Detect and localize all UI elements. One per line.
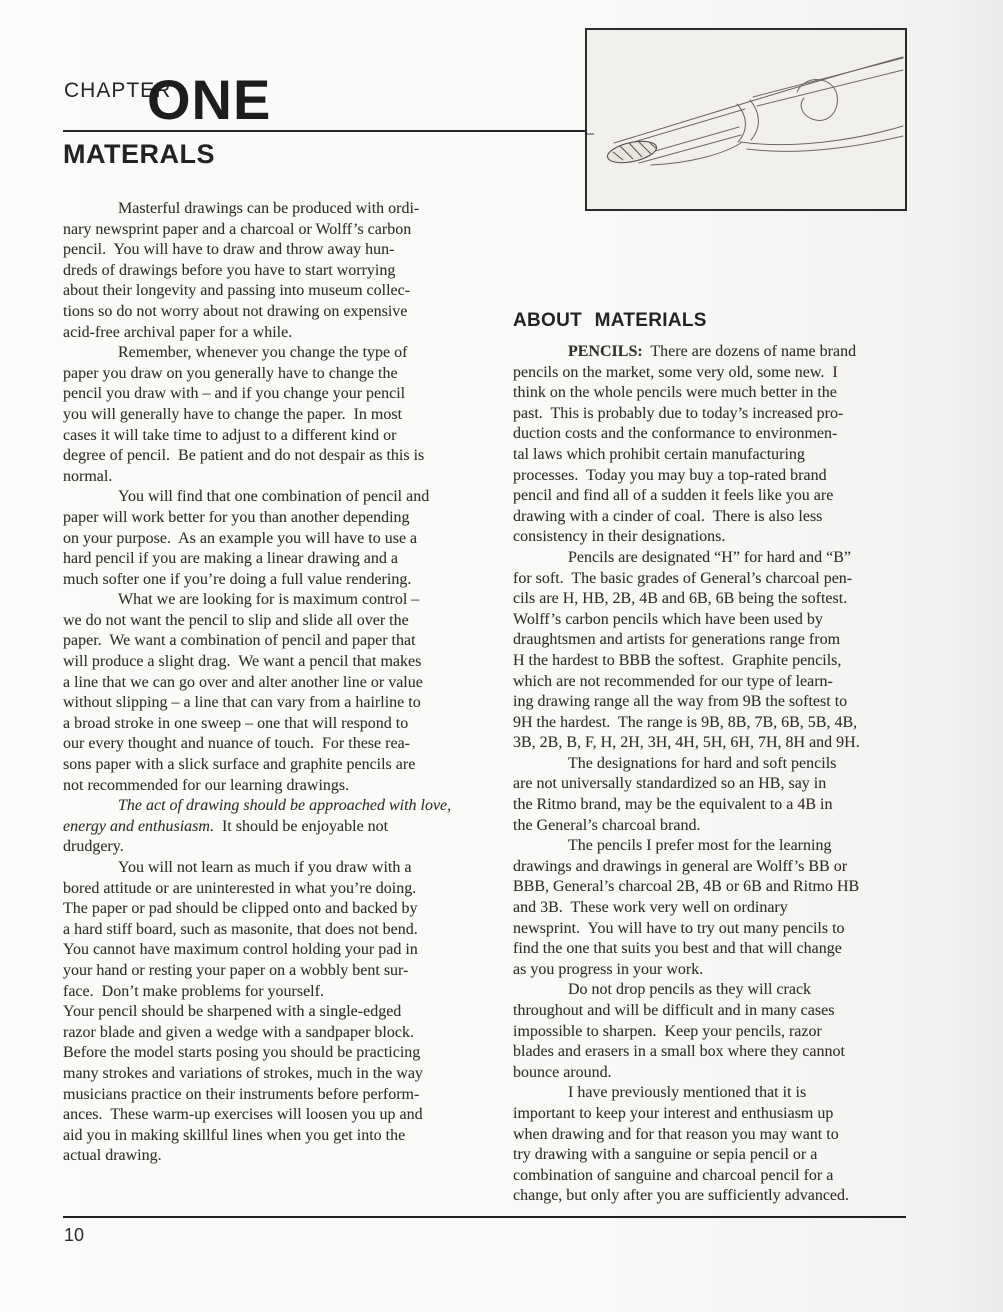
paragraph-pencils: PENCILS: There are dozens of name brand …: [513, 342, 917, 548]
pencils-label: PENCILS:: [568, 343, 643, 360]
pencil-sketch-icon: [587, 30, 905, 209]
paragraph: You will not learn as much if you draw w…: [63, 858, 511, 1002]
left-column: Masterful drawings can be produced with …: [63, 199, 511, 1167]
paragraph: Remember, whenever you change the type o…: [63, 343, 511, 487]
page-number: 10: [64, 1225, 84, 1247]
header-rule: [63, 130, 587, 132]
right-column: PENCILS: There are dozens of name brand …: [513, 342, 917, 1207]
paragraph: I have previously mentioned that it is i…: [513, 1083, 917, 1207]
footer-rule: [63, 1216, 906, 1218]
paragraph: You will find that one combination of pe…: [63, 487, 511, 590]
section-heading: ABOUT MATERIALS: [513, 311, 707, 330]
page-title: MATERALS: [63, 140, 215, 170]
paragraph: Pencils are designated “H” for hard and …: [513, 548, 917, 754]
paragraph-text: There are dozens of name brand pencils o…: [513, 343, 856, 545]
book-page: CHAPTER ONE MATERALS: [0, 0, 1003, 1312]
paragraph-emphasis: The act of drawing should be approached …: [63, 796, 511, 858]
paragraph: Your pencil should be sharpened with a s…: [63, 1002, 511, 1167]
paragraph: The pencils I prefer most for the learni…: [513, 836, 917, 980]
paragraph: The designations for hard and soft penci…: [513, 754, 917, 836]
pencil-figure: [585, 28, 907, 211]
paragraph: What we are looking for is maximum contr…: [63, 590, 511, 796]
paragraph: Do not drop pencils as they will crack t…: [513, 980, 917, 1083]
paragraph: Masterful drawings can be produced with …: [63, 199, 511, 343]
chapter-number: ONE: [147, 72, 271, 128]
